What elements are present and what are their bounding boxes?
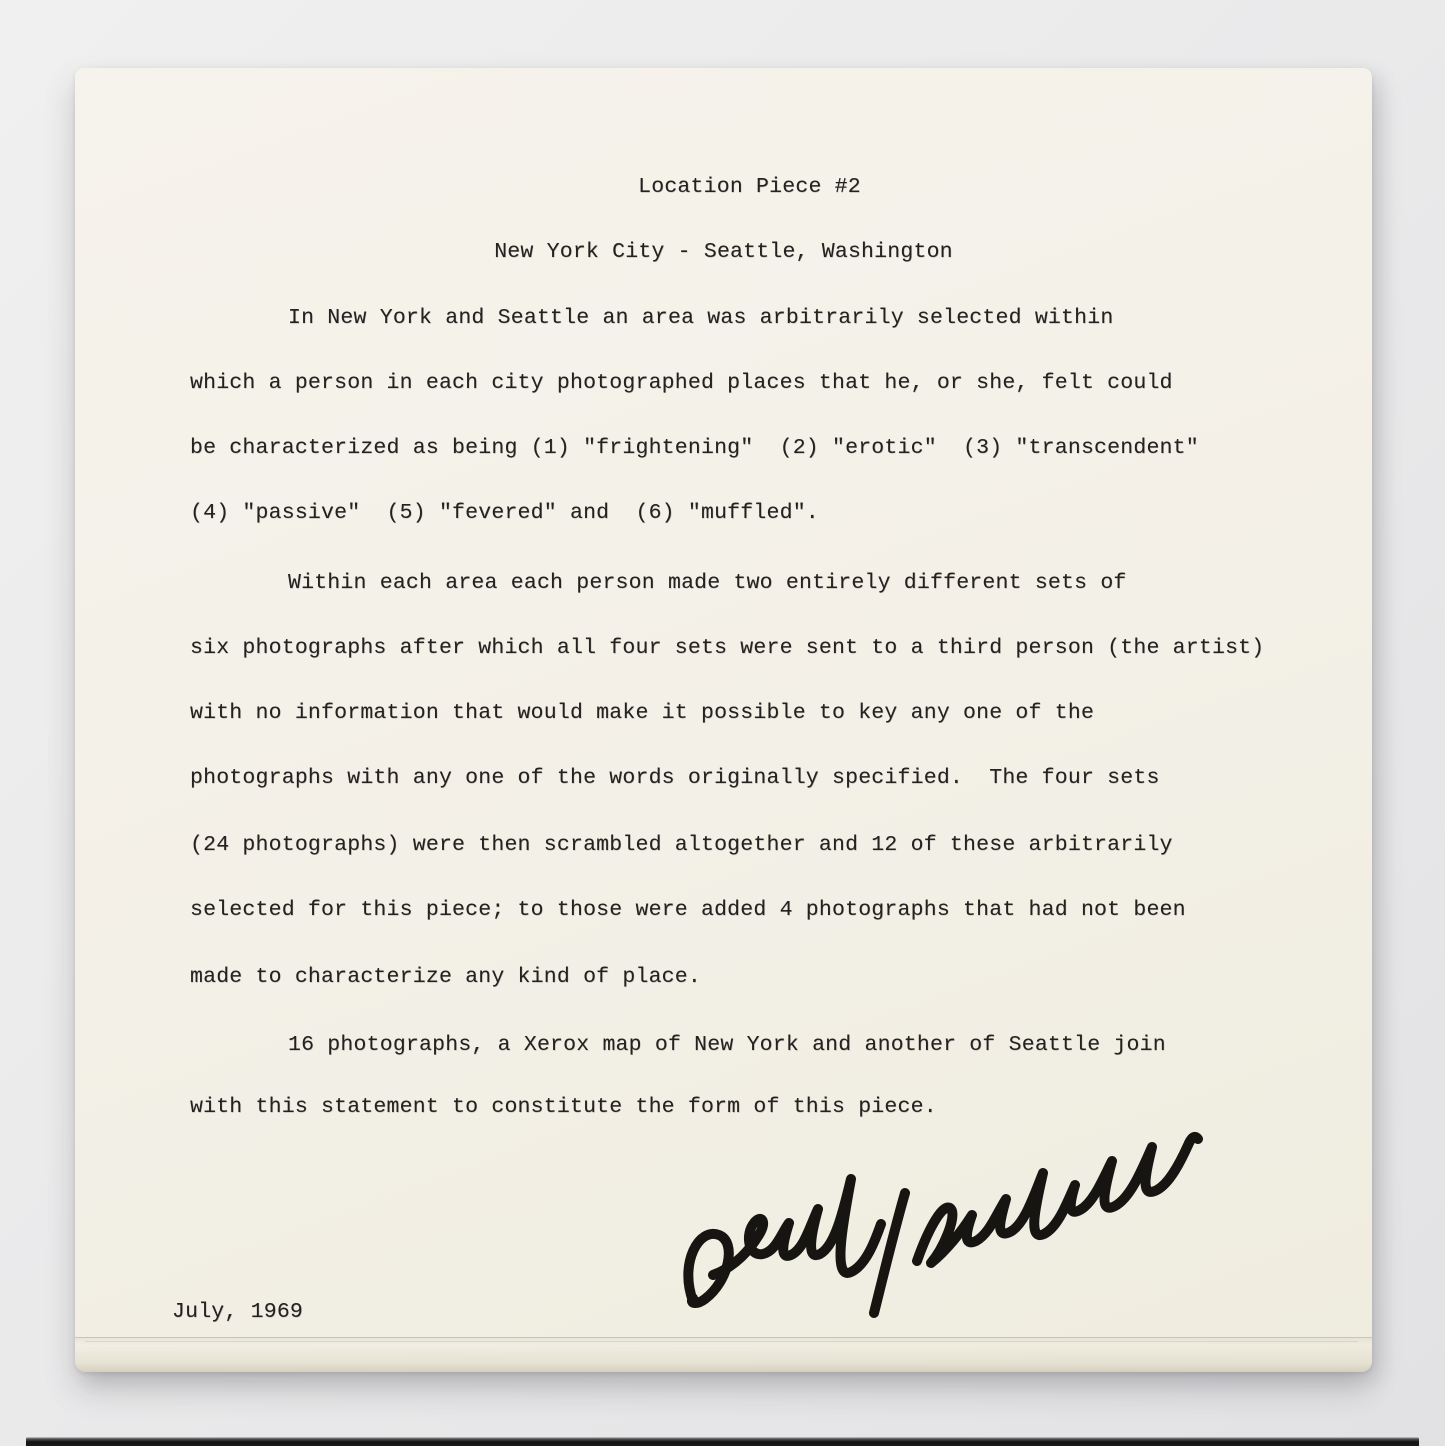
body-line: made to characterize any kind of place. [190,962,701,992]
signature-douglas-huebler [655,1095,1215,1335]
date-label: July, 1969 [172,1297,303,1327]
body-line: six photographs after which all four set… [190,633,1264,663]
table-edge-shadow [26,1437,1419,1446]
document-title: Location Piece #2 [75,172,1398,202]
body-line: which a person in each city photographed… [190,368,1173,398]
paper-sheet: Location Piece #2 New York City - Seattl… [75,68,1372,1372]
body-line: photographs with any one of the words or… [190,763,1160,793]
body-line: (24 photographs) were then scrambled alt… [190,830,1173,860]
document-subtitle: New York City - Seattle, Washington [75,237,1372,267]
body-line: 16 photographs, a Xerox map of New York … [288,1030,1166,1060]
body-line: In New York and Seattle an area was arbi… [288,303,1113,333]
body-line: be characterized as being (1) "frighteni… [190,433,1199,463]
paper-bottom-fold [75,1337,1372,1372]
body-line: (4) "passive" (5) "fevered" and (6) "muf… [190,498,819,528]
body-line: Within each area each person made two en… [288,568,1127,598]
body-line: selected for this piece; to those were a… [190,895,1186,925]
signature-ink-icon [655,1095,1215,1335]
body-line: with no information that would make it p… [190,698,1094,728]
